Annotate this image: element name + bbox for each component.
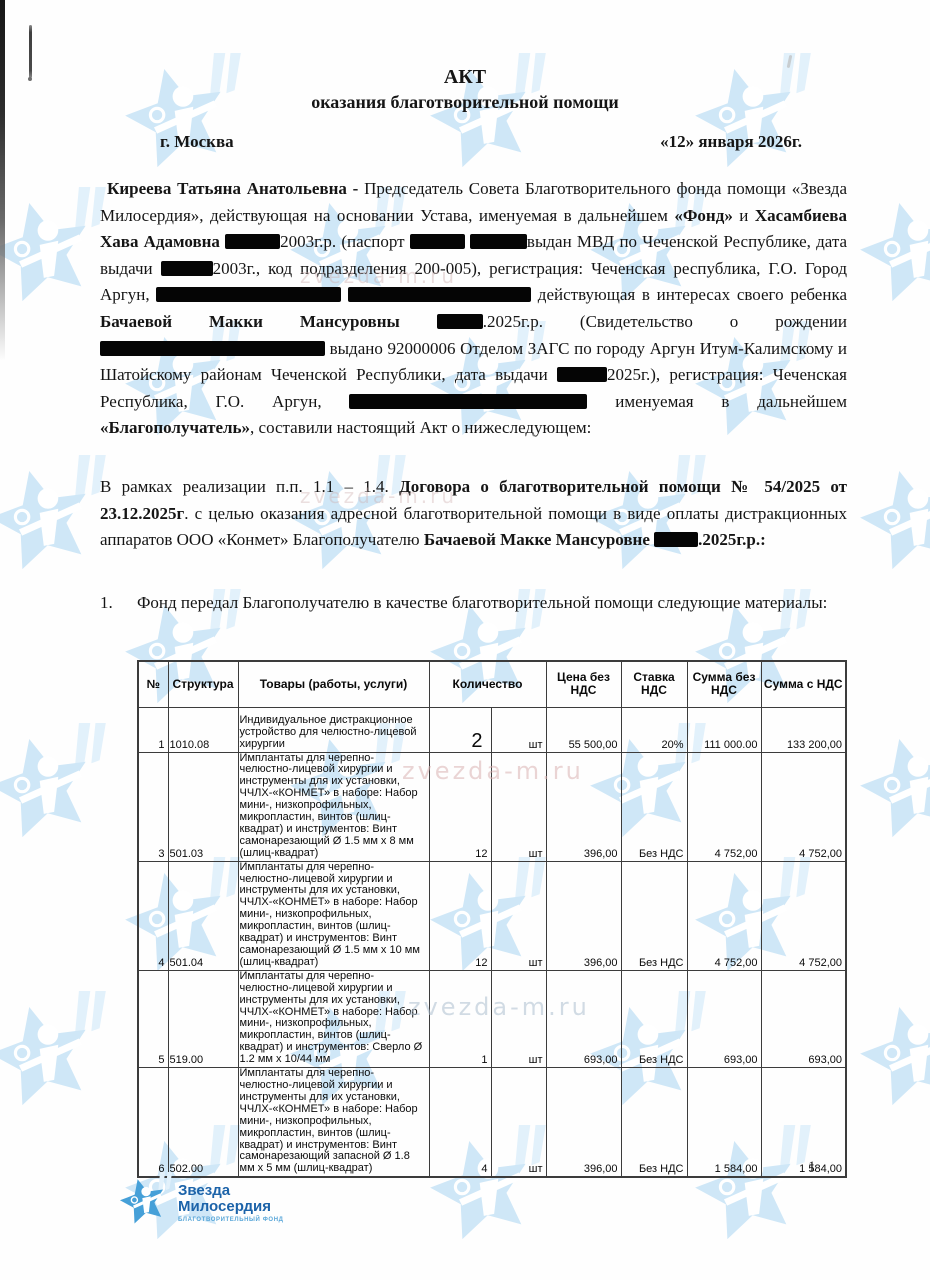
cell-unit: шт bbox=[491, 1068, 546, 1178]
cell-sum_no_vat: 693,00 bbox=[687, 970, 761, 1067]
cell-sum_no_vat: 4 752,00 bbox=[687, 752, 761, 861]
logo-text-line2: Милосердия bbox=[178, 1199, 284, 1215]
header-sum-with-vat: Сумма с НДС bbox=[761, 661, 846, 707]
cell-num: 4 bbox=[138, 861, 168, 970]
cell-qty: 1 bbox=[429, 970, 491, 1067]
cell-sum_with_vat: 4 752,00 bbox=[761, 861, 846, 970]
cell-desc: Индивидуальное дистракционное устройство… bbox=[238, 707, 429, 752]
cell-price: 396,00 bbox=[546, 1068, 621, 1178]
items-table: № Структура Товары (работы, услуги) Коли… bbox=[137, 660, 847, 1178]
logo-subtitle: БЛАГОТВОРИТЕЛЬНЫЙ ФОНД bbox=[178, 1217, 284, 1223]
redaction-bar bbox=[156, 287, 341, 302]
cell-unit: шт bbox=[491, 970, 546, 1067]
logo-text-line1: Звезда bbox=[178, 1183, 284, 1199]
cell-qty: 4 bbox=[429, 1068, 491, 1178]
table-row: 11010.08Индивидуальное дистракционное ус… bbox=[138, 707, 846, 752]
table-row: 4501.04Имплантаты для черепно-челюстно-л… bbox=[138, 861, 846, 970]
cell-vat: Без НДС bbox=[621, 861, 687, 970]
cell-vat: Без НДС bbox=[621, 752, 687, 861]
redaction-bar bbox=[437, 314, 483, 329]
cell-code: 501.04 bbox=[168, 861, 238, 970]
redaction-bar bbox=[654, 532, 698, 547]
cell-code: 519.00 bbox=[168, 970, 238, 1067]
table-row: 5519.00Имплантаты для черепно-челюстно-л… bbox=[138, 970, 846, 1067]
header-price-no-vat: Цена без НДС bbox=[546, 661, 621, 707]
cell-vat: Без НДС bbox=[621, 1068, 687, 1178]
scanned-document-page: АКТ оказания благотворительной помощи г.… bbox=[0, 0, 930, 1280]
table-row: 3501.03Имплантаты для черепно-челюстно-л… bbox=[138, 752, 846, 861]
cell-vat: 20% bbox=[621, 707, 687, 752]
logo-star-icon bbox=[119, 1171, 175, 1229]
cell-unit: шт bbox=[491, 707, 546, 752]
cell-price: 396,00 bbox=[546, 861, 621, 970]
cell-sum_with_vat: 4 752,00 bbox=[761, 752, 846, 861]
header-vat-rate: Ставка НДС bbox=[621, 661, 687, 707]
agreement-paragraph: В рамках реализации п.п. 1.1 – 1.4. Дого… bbox=[100, 474, 847, 554]
redaction-bar bbox=[161, 261, 213, 276]
cell-qty: 12 bbox=[429, 752, 491, 861]
cell-code: 502.00 bbox=[168, 1068, 238, 1178]
redaction-bar bbox=[557, 367, 607, 382]
redaction-bar bbox=[349, 394, 587, 409]
document-title: АКТ bbox=[0, 66, 930, 89]
list-item-number: 1. bbox=[100, 590, 137, 617]
parties-paragraph: Киреева Татьяна Анатольевна - Председате… bbox=[100, 176, 847, 442]
cell-desc: Имплантаты для черепно-челюстно-лицевой … bbox=[238, 970, 429, 1067]
header-goods: Товары (работы, услуги) bbox=[238, 661, 429, 707]
header-sum-no-vat: Сумма без НДС bbox=[687, 661, 761, 707]
cell-unit: шт bbox=[491, 752, 546, 861]
list-item: 1. Фонд передал Благополучателю в качест… bbox=[100, 590, 847, 617]
cell-desc: Имплантаты для черепно-челюстно-лицевой … bbox=[238, 1068, 429, 1178]
list-item-text: Фонд передал Благополучателю в качестве … bbox=[137, 590, 847, 617]
cell-num: 3 bbox=[138, 752, 168, 861]
cell-sum_no_vat: 111 000.00 bbox=[687, 707, 761, 752]
cell-num: 5 bbox=[138, 970, 168, 1067]
header-structure: Структура bbox=[168, 661, 238, 707]
date-label: «12» января 2026г. bbox=[660, 132, 847, 152]
city-date-row: г. Москва «12» января 2026г. bbox=[100, 132, 847, 152]
cell-desc: Имплантаты для черепно-челюстно-лицевой … bbox=[238, 861, 429, 970]
cell-price: 693,00 bbox=[546, 970, 621, 1067]
cell-sum_with_vat: 133 200,00 bbox=[761, 707, 846, 752]
cell-desc: Имплантаты для черепно-челюстно-лицевой … bbox=[238, 752, 429, 861]
fund-logo: Звезда Милосердия БЛАГОТВОРИТЕЛЬНЫЙ ФОНД bbox=[119, 1171, 284, 1229]
cell-sum_no_vat: 1 584,00 bbox=[687, 1068, 761, 1178]
redaction-bar bbox=[348, 287, 531, 302]
cell-price: 396,00 bbox=[546, 752, 621, 861]
redaction-bar bbox=[100, 341, 325, 356]
table-header-row: № Структура Товары (работы, услуги) Коли… bbox=[138, 661, 846, 707]
header-quantity: Количество bbox=[429, 661, 546, 707]
cell-sum_with_vat: 1 584,00 bbox=[761, 1068, 846, 1178]
cell-code: 501.03 bbox=[168, 752, 238, 861]
redaction-bar bbox=[470, 234, 527, 249]
cell-num: 6 bbox=[138, 1068, 168, 1178]
cell-sum_no_vat: 4 752,00 bbox=[687, 861, 761, 970]
header-num: № bbox=[138, 661, 168, 707]
redaction-bar bbox=[410, 234, 465, 249]
cell-qty: 2 bbox=[429, 707, 491, 752]
logo-text: Звезда Милосердия БЛАГОТВОРИТЕЛЬНЫЙ ФОНД bbox=[178, 1183, 284, 1223]
cell-num: 1 bbox=[138, 707, 168, 752]
cell-unit: шт bbox=[491, 861, 546, 970]
table-row: 6502.00Имплантаты для черепно-челюстно-л… bbox=[138, 1068, 846, 1178]
page-number: 1 bbox=[808, 1159, 816, 1176]
cell-price: 55 500,00 bbox=[546, 707, 621, 752]
cell-qty: 12 bbox=[429, 861, 491, 970]
cell-sum_with_vat: 693,00 bbox=[761, 970, 846, 1067]
cell-code: 1010.08 bbox=[168, 707, 238, 752]
cell-vat: Без НДС bbox=[621, 970, 687, 1067]
city-label: г. Москва bbox=[100, 132, 234, 152]
redaction-bar bbox=[225, 234, 280, 249]
document-subtitle: оказания благотворительной помощи bbox=[0, 92, 930, 113]
